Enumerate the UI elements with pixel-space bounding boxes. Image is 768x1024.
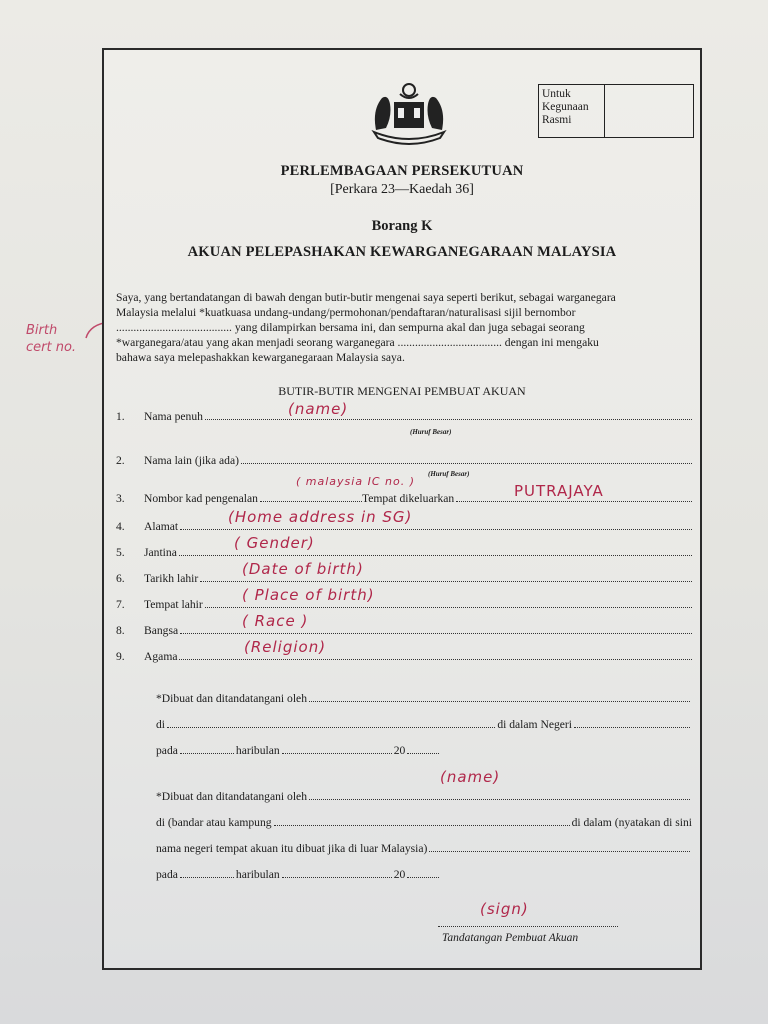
official-label-line: Kegunaan [542,101,601,114]
day-input[interactable] [180,744,234,754]
field-label: pada [156,744,178,757]
field-gender: 5. Jantina [116,546,692,559]
margin-note-line: Birth [26,322,76,339]
field-label: 20 [394,744,406,757]
location-input[interactable] [167,718,495,728]
field-number: 4. [116,520,144,533]
handwritten-value: (Home address in SG) [228,508,412,526]
intro-line: ........................................… [116,320,692,335]
signed-by-input[interactable] [309,692,690,702]
official-use-box: Untuk Kegunaan Rasmi [538,84,694,138]
block2-date: pada haribulan 20 [156,868,692,881]
field-number: 1. [116,410,144,423]
field-label: di (bandar atau kampung [156,816,272,829]
field-label: 20 [394,868,406,881]
field-number: 6. [116,572,144,585]
field-label: di dalam Negeri [497,718,572,731]
intro-line: bahawa saya melepashakkan kewarganegaraa… [116,350,692,365]
handwritten-value: (Religion) [244,638,326,656]
official-label-line: Untuk [542,88,601,101]
field-number: 7. [116,598,144,611]
field-label: pada [156,868,178,881]
intro-line: Saya, yang bertandatangan di bawah denga… [116,290,692,305]
handwritten-signature: (sign) [480,900,529,918]
field-label: di dalam (nyatakan di sini [572,816,692,829]
intro-line: Malaysia melalui *kuatkuasa undang-undan… [116,305,692,320]
field-label: Agama [144,650,177,663]
field-label: *Dibuat dan ditandatangani oleh [156,692,307,705]
subheading: [Perkara 23—Kaedah 36] [104,182,700,198]
field-ic-number: 3. Nombor kad pengenalan Tempat dikeluar… [116,492,692,505]
state-input[interactable] [574,718,690,728]
block1-signed-by: *Dibuat dan ditandatangani oleh [156,692,692,705]
field-number: 5. [116,546,144,559]
field-label: Tempat dikeluarkan [362,492,454,505]
field-label: Nama penuh [144,410,203,423]
field-place-of-birth: 7. Tempat lahir [116,598,692,611]
day-input[interactable] [180,868,234,878]
block1-location: di di dalam Negeri [156,718,692,731]
block2-location: di (bandar atau kampung di dalam (nyatak… [156,816,692,829]
form-title: AKUAN PELEPASHAKAN KEWARGANEGARAAN MALAY… [104,244,700,261]
full-name-input[interactable] [205,410,692,420]
year-input[interactable] [407,744,439,754]
handwritten-value: (name) [288,400,348,418]
field-number: 2. [116,454,144,467]
handwritten-value: ( malaysia IC no. ) [296,476,415,488]
field-label: Nama lain (jika ada) [144,454,239,467]
field-label: Jantina [144,546,177,559]
official-label-line: Rasmi [542,114,601,127]
signed-by-input[interactable] [309,790,690,800]
field-label: nama negeri tempat akuan itu dibuat jika… [156,842,427,855]
month-input[interactable] [282,744,392,754]
handwritten-value: (Date of birth) [242,560,364,578]
field-number: 8. [116,624,144,637]
block2-state: nama negeri tempat akuan itu dibuat jika… [156,842,692,855]
official-use-label: Untuk Kegunaan Rasmi [539,85,605,137]
ic-number-input[interactable] [260,492,362,502]
handwritten-value: ( Place of birth) [242,586,375,604]
field-number: 9. [116,650,144,663]
margin-note-line: cert no. [26,339,76,356]
field-religion: 9. Agama [116,650,692,663]
field-label: Nombor kad pengenalan [144,492,258,505]
field-label: di [156,718,165,731]
handwritten-value: PUTRAJAYA [514,482,604,500]
form-name: Borang K [104,218,700,235]
declaration-paragraph: Saya, yang bertandatangan di bawah denga… [116,290,692,365]
coat-of-arms-icon [366,80,452,150]
field-other-name: 2. Nama lain (jika ada) [116,454,692,467]
state-input[interactable] [429,842,690,852]
year-input[interactable] [407,868,439,878]
form-page: Untuk Kegunaan Rasmi PERLEMBAGAAN PERSEK… [102,48,702,970]
signature-field[interactable] [438,926,618,927]
handwritten-value: ( Gender) [234,534,315,552]
block2-signed-by: *Dibuat dan ditandatangani oleh [156,790,692,803]
field-label: Tempat lahir [144,598,203,611]
section-title: BUTIR-BUTIR MENGENAI PEMBUAT AKUAN [104,384,700,399]
handwritten-value: (name) [440,768,500,786]
margin-note-birth-cert: Birth cert no. [26,322,76,356]
uppercase-hint: (Huruf Besar) [410,428,451,436]
heading: PERLEMBAGAAN PERSEKUTUAN [104,163,700,180]
block1-date: pada haribulan 20 [156,744,692,757]
month-input[interactable] [282,868,392,878]
field-date-of-birth: 6. Tarikh lahir [116,572,692,585]
handwritten-value: ( Race ) [242,612,308,630]
other-name-input[interactable] [241,454,692,464]
field-label: haribulan [236,744,280,757]
signature-label: Tandatangan Pembuat Akuan [442,932,578,944]
town-input[interactable] [274,816,570,826]
field-label: haribulan [236,868,280,881]
uppercase-hint: (Huruf Besar) [428,470,469,478]
field-number: 3. [116,492,144,505]
field-label: *Dibuat dan ditandatangani oleh [156,790,307,803]
field-label: Bangsa [144,624,178,637]
field-race: 8. Bangsa [116,624,692,637]
field-full-name: 1. Nama penuh [116,410,692,423]
field-label: Tarikh lahir [144,572,198,585]
official-use-field[interactable] [605,85,693,137]
intro-line: *warganegara/atau yang akan menjadi seor… [116,335,692,350]
field-label: Alamat [144,520,178,533]
